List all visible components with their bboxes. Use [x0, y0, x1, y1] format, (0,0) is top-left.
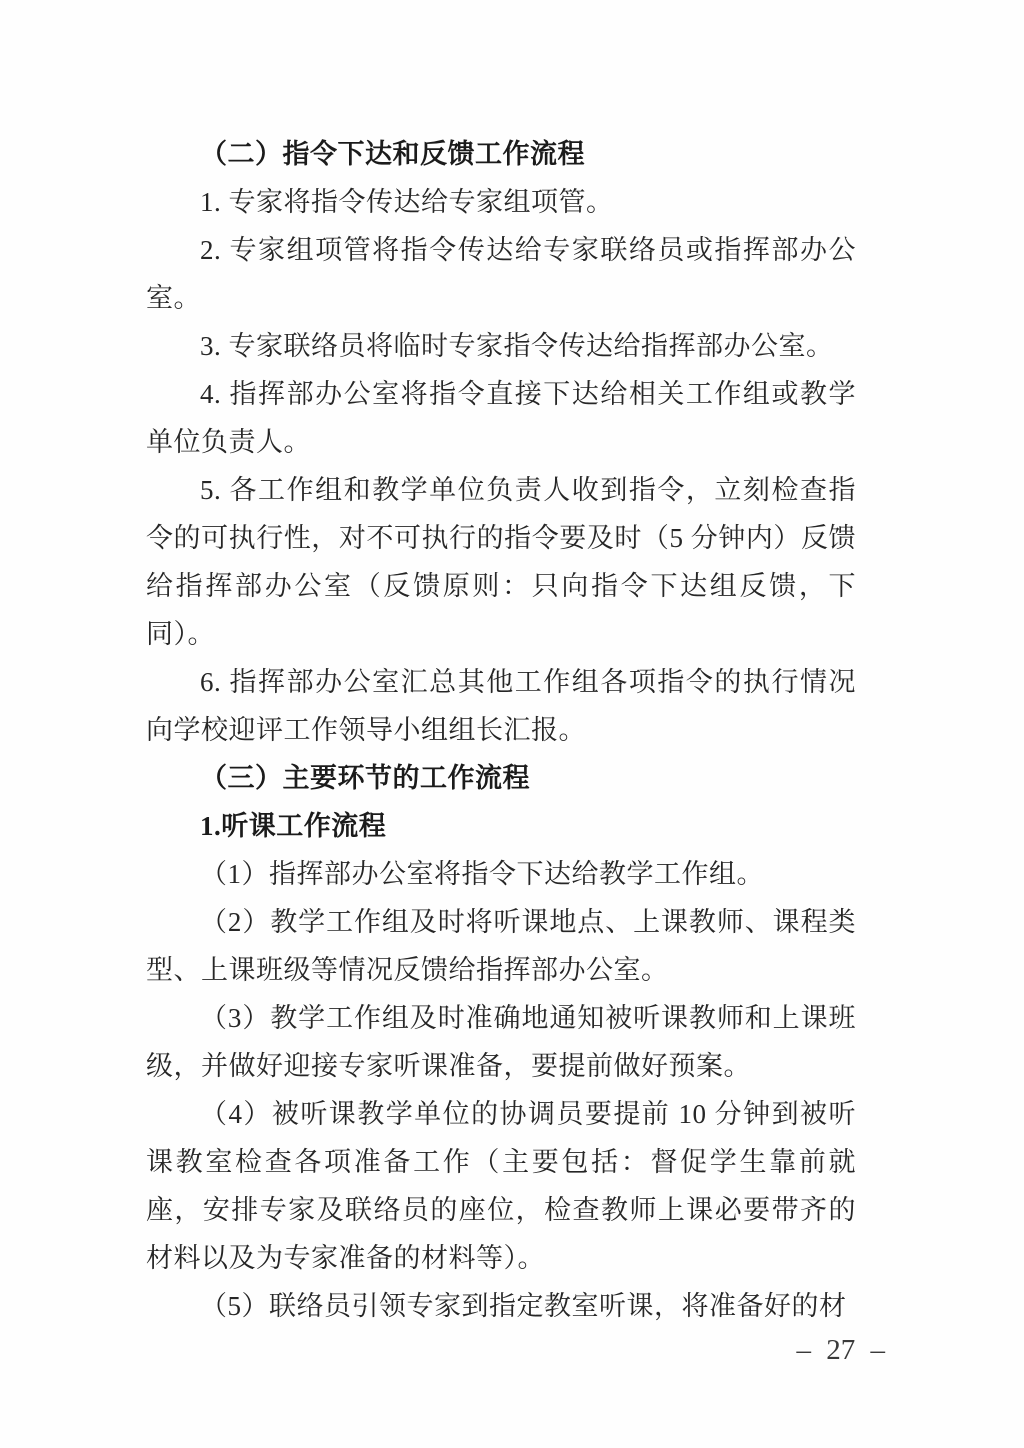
paragraph-2: 2. 专家组项管将指令传达给专家联络员或指挥部办公室。 [146, 226, 856, 322]
paragraph-5: 5. 各工作组和教学单位负责人收到指令，立刻检查指令的可执行性，对不可执行的指令… [146, 466, 856, 658]
paragraph-item-2: （2）教学工作组及时将听课地点、上课教师、课程类型、上课班级等情况反馈给指挥部办… [146, 898, 856, 994]
document-body: （二）指令下达和反馈工作流程 1. 专家将指令传达给专家组项管。 2. 专家组项… [146, 130, 856, 1330]
paragraph-item-5: （5）联络员引领专家到指定教室听课，将准备好的材 [146, 1282, 856, 1330]
section-heading-2: （二）指令下达和反馈工作流程 [146, 130, 856, 178]
page-number: – 27 – [0, 1330, 885, 1370]
subsection-heading-1: 1.听课工作流程 [146, 802, 856, 850]
paragraph-item-3: （3）教学工作组及时准确地通知被听课教师和上课班级，并做好迎接专家听课准备，要提… [146, 994, 856, 1090]
paragraph-6: 6. 指挥部办公室汇总其他工作组各项指令的执行情况向学校迎评工作领导小组组长汇报… [146, 658, 856, 754]
document-page: （二）指令下达和反馈工作流程 1. 专家将指令传达给专家组项管。 2. 专家组项… [0, 0, 1024, 1448]
paragraph-item-4: （4）被听课教学单位的协调员要提前 10 分钟到被听课教室检查各项准备工作（主要… [146, 1090, 856, 1282]
paragraph-item-1: （1）指挥部办公室将指令下达给教学工作组。 [146, 850, 856, 898]
paragraph-4: 4. 指挥部办公室将指令直接下达给相关工作组或教学单位负责人。 [146, 370, 856, 466]
section-heading-3: （三）主要环节的工作流程 [146, 754, 856, 802]
paragraph-1: 1. 专家将指令传达给专家组项管。 [146, 178, 856, 226]
paragraph-3: 3. 专家联络员将临时专家指令传达给指挥部办公室。 [146, 322, 856, 370]
